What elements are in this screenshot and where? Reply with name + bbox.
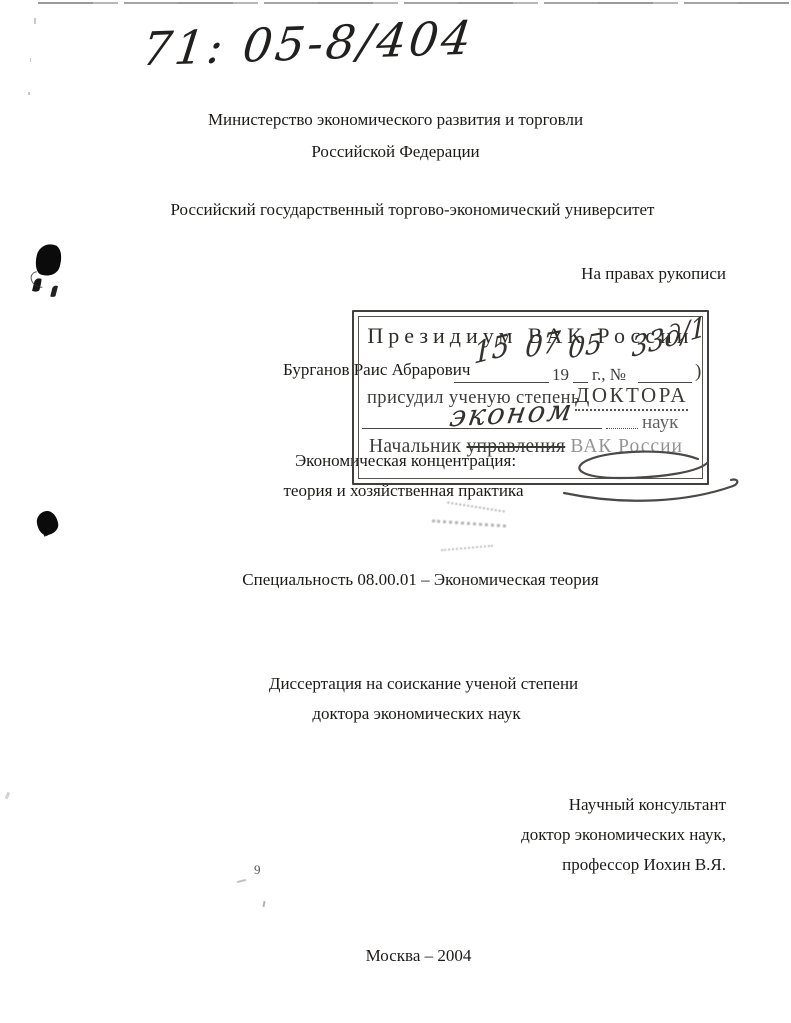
scan-edge-line bbox=[38, 2, 789, 4]
stamp-handwritten-month: 07 bbox=[524, 324, 561, 364]
ink-smudge bbox=[441, 545, 493, 552]
city-year-line: Москва – 2004 bbox=[23, 946, 791, 966]
dissertation-line-2: доктора экономических наук bbox=[21, 704, 791, 724]
stamp-handwritten-field: эконом bbox=[447, 393, 576, 434]
stamp-date-suffix: г., № bbox=[592, 365, 626, 385]
scanned-title-page: 71: 05-8/404 Министерство экономического… bbox=[0, 0, 791, 1023]
ministry-line-1: Министерство экономического развития и т… bbox=[0, 110, 791, 130]
stamp-handwritten-number: 33д/1 bbox=[632, 311, 707, 365]
signature bbox=[548, 443, 743, 511]
university-line: Российский государственный торгово-эконо… bbox=[17, 200, 791, 220]
stamp-field-dots bbox=[606, 408, 638, 429]
consultant-line-1: Научный консультант bbox=[569, 795, 726, 815]
margin-mark: 9 bbox=[254, 862, 261, 878]
scan-speck bbox=[34, 18, 36, 24]
ink-smudge bbox=[447, 501, 505, 512]
stamp-year-prefix: 19 bbox=[552, 365, 569, 385]
manuscript-note: На правах рукописи bbox=[581, 264, 726, 284]
ink-blot bbox=[35, 510, 59, 537]
stamp-degree: ДОКТОРА bbox=[575, 383, 688, 411]
specialty-line: Специальность 08.00.01 – Экономическая т… bbox=[25, 570, 791, 590]
stamp-date-blank bbox=[454, 362, 549, 383]
scan-speck bbox=[30, 58, 31, 62]
stamp-number-blank bbox=[638, 362, 692, 383]
call-number-handwritten: 71: 05-8/404 bbox=[139, 10, 477, 76]
scan-speck bbox=[237, 879, 246, 883]
scan-speck bbox=[262, 901, 265, 907]
stamp-handwritten-year: 05 bbox=[567, 328, 603, 366]
scan-speck bbox=[28, 92, 30, 95]
stamp-field-suffix: наук bbox=[642, 412, 678, 434]
stamp-official-prefix: Начальник bbox=[369, 436, 461, 457]
scan-speck bbox=[5, 792, 10, 800]
consultant-line-2: доктор экономических наук, bbox=[521, 825, 726, 845]
dissertation-line-1: Диссертация на соискание ученой степени bbox=[28, 674, 791, 694]
ministry-line-2: Российской Федерации bbox=[0, 142, 791, 162]
consultant-line-3: профессор Иохин В.Я. bbox=[562, 855, 726, 875]
stamp-year-blank bbox=[573, 362, 588, 383]
stamp-paren: ) bbox=[695, 361, 701, 383]
ink-smudge bbox=[432, 519, 506, 527]
